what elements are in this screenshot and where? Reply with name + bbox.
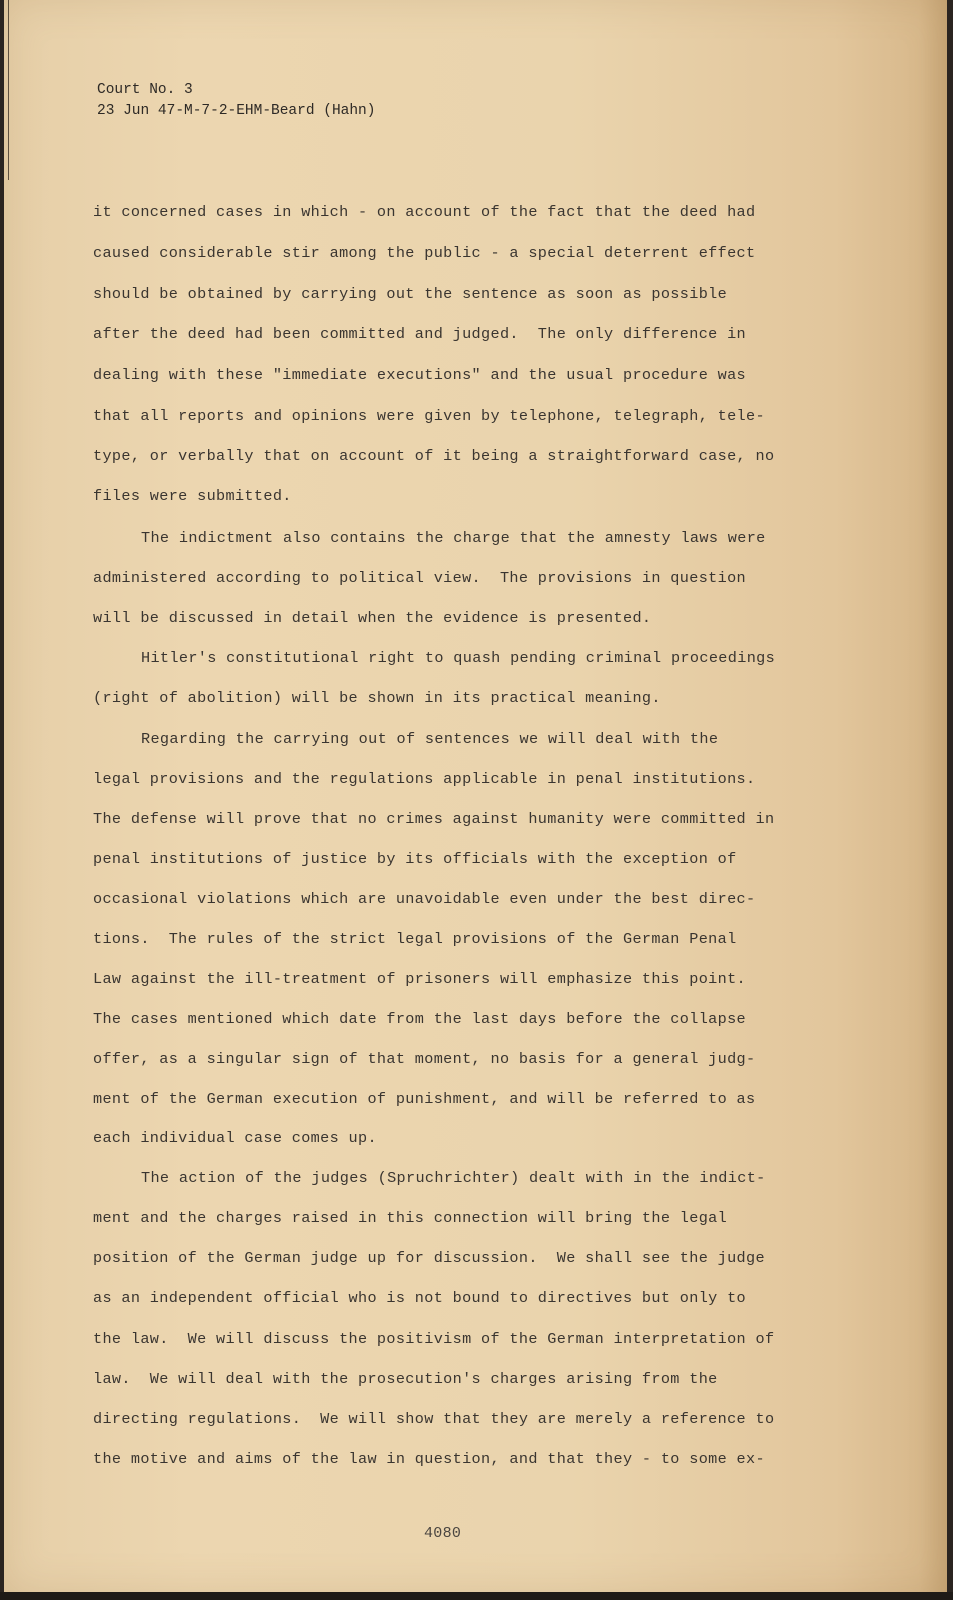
- body-line: The cases mentioned which date from the …: [93, 1009, 746, 1029]
- body-line: The defense will prove that no crimes ag…: [93, 809, 774, 829]
- paragraph-start-line: The indictment also contains the charge …: [141, 528, 766, 548]
- body-line: it concerned cases in which - on account…: [93, 202, 755, 222]
- body-line: that all reports and opinions were given…: [93, 406, 765, 426]
- paragraph-start-line: Hitler's constitutional right to quash p…: [141, 648, 775, 668]
- body-line: directing regulations. We will show that…: [93, 1409, 774, 1429]
- document-page: Court No. 323 Jun 47-M-7-2-EHM-Beard (Ha…: [4, 0, 947, 1592]
- body-line: position of the German judge up for disc…: [93, 1248, 765, 1268]
- body-line: files were submitted.: [93, 486, 292, 506]
- body-line: Law against the ill-treatment of prisone…: [93, 969, 746, 989]
- court-number: Court No. 3: [97, 80, 375, 101]
- body-line: occasional violations which are unavoida…: [93, 889, 755, 909]
- document-header: Court No. 323 Jun 47-M-7-2-EHM-Beard (Ha…: [97, 80, 375, 122]
- body-line: tions. The rules of the strict legal pro…: [93, 929, 737, 949]
- body-line: the law. We will discuss the positivism …: [93, 1329, 774, 1349]
- body-line: each individual case comes up.: [93, 1128, 377, 1148]
- page-number: 4080: [424, 1525, 461, 1542]
- body-line: legal provisions and the regulations app…: [93, 769, 755, 789]
- body-line: law. We will deal with the prosecution's…: [93, 1369, 718, 1389]
- body-line: will be discussed in detail when the evi…: [93, 608, 651, 628]
- paragraph-start-line: The action of the judges (Spruchrichter)…: [141, 1168, 766, 1188]
- body-line: ment of the German execution of punishme…: [93, 1089, 755, 1109]
- body-line: as an independent official who is not bo…: [93, 1288, 746, 1308]
- body-line: caused considerable stir among the publi…: [93, 243, 755, 263]
- paragraph-start-line: Regarding the carrying out of sentences …: [141, 729, 718, 749]
- body-line: offer, as a singular sign of that moment…: [93, 1049, 755, 1069]
- body-line: (right of abolition) will be shown in it…: [93, 688, 661, 708]
- transcript-reference: 23 Jun 47-M-7-2-EHM-Beard (Hahn): [97, 101, 375, 122]
- body-line: after the deed had been committed and ju…: [93, 324, 746, 344]
- scan-bottom-edge: [0, 1592, 953, 1600]
- body-line: type, or verbally that on account of it …: [93, 446, 774, 466]
- body-line: ment and the charges raised in this conn…: [93, 1208, 727, 1228]
- body-line: dealing with these "immediate executions…: [93, 365, 746, 385]
- body-line: administered according to political view…: [93, 568, 746, 588]
- body-line: should be obtained by carrying out the s…: [93, 284, 727, 304]
- body-line: penal institutions of justice by its off…: [93, 849, 737, 869]
- body-line: the motive and aims of the law in questi…: [93, 1449, 765, 1469]
